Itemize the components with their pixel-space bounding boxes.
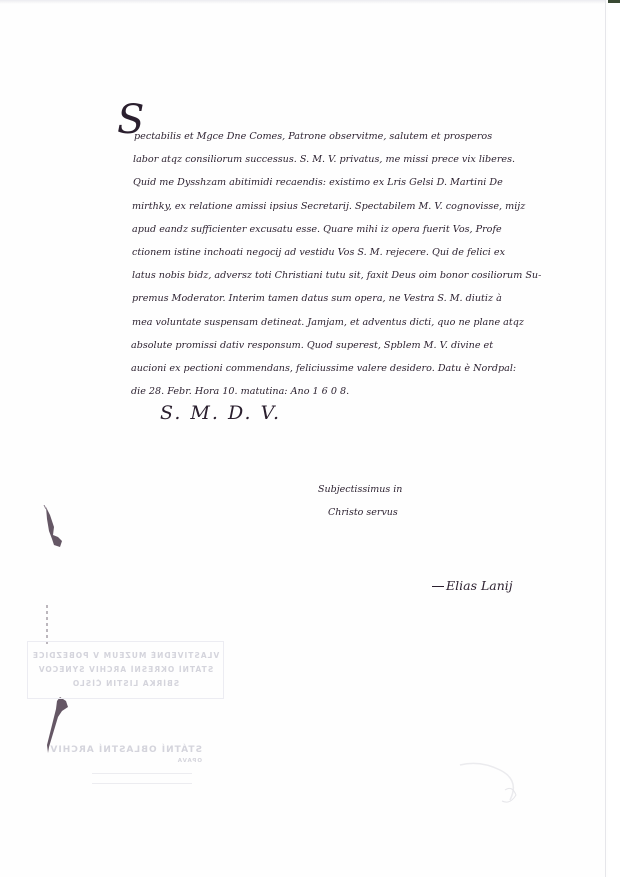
page-edge: [605, 0, 606, 877]
signature-name: Elias Lanij: [446, 578, 513, 593]
scan-corner-mark: [608, 0, 620, 3]
document-page: S pectabilis et Mgce Dne Comes, Patrone …: [0, 0, 608, 877]
letter-line: aucioni ex pectioni commendans, felicius…: [131, 357, 560, 380]
stamp-line: STÁTNÍ OBLASTNÍ ARCHIV: [52, 745, 202, 755]
stamp-rule: [92, 783, 192, 784]
valediction-line: Subjectissimus in: [318, 478, 402, 501]
stamp-line: STÁTNÍ OKRESNÍ ARCHIV SYNECOV: [28, 663, 223, 677]
stamp-line: VLASTIVEDNÉ MUZEUM V POBEZDICE: [28, 649, 223, 663]
letter-line: latus nobis bidz, adversz toti Christian…: [132, 264, 560, 287]
letter-body: pectabilis et Mgce Dne Comes, Patrone ob…: [140, 125, 560, 403]
valediction-line: Christo servus: [318, 501, 402, 524]
letter-line: Quid me Dysshzam abitimidi recaendis: ex…: [133, 171, 560, 194]
ink-blot-upper: [40, 505, 70, 550]
scan-top-shadow: [0, 0, 605, 4]
signature-flourish: [432, 586, 444, 587]
letter-line: labor atqz consiliorum successus. S. M. …: [133, 148, 560, 171]
letter-line: premus Moderator. Interim tamen datus su…: [132, 287, 560, 310]
faint-show-through-smudge: [450, 755, 550, 825]
binding-mark-dashes: [44, 605, 50, 645]
letter-line: pectabilis et Mgce Dne Comes, Patrone ob…: [134, 125, 560, 148]
letter-line: absolute promissi dativ responsum. Quod …: [131, 334, 560, 357]
letter-line: mea voluntate suspensam detineat. Jamjam…: [132, 311, 560, 334]
stamp-rule: [92, 773, 192, 774]
stamp-line: SBÍRKA LISTIN ČÍSLO: [28, 677, 223, 691]
letter-line-date: die 28. Febr. Hora 10. matutina: Ano 1 6…: [131, 380, 560, 403]
letter-line: mirthky, ex relatione amissi ipsius Secr…: [132, 195, 560, 218]
closing-abbreviation: S. M. D. V.: [160, 402, 281, 424]
archive-stamp-bleedthrough: VLASTIVEDNÉ MUZEUM V POBEZDICE STÁTNÍ OK…: [27, 641, 224, 699]
letter-line: ctionem istine inchoati negocij ad vesti…: [132, 241, 560, 264]
letter-line: apud eandz sufficienter excusatu esse. Q…: [132, 218, 560, 241]
stamp-line: OPAVA: [96, 758, 202, 764]
state-archive-stamp-bleedthrough: STÁTNÍ OBLASTNÍ ARCHIV OPAVA: [52, 745, 202, 784]
valediction: Subjectissimus in Christo servus: [318, 478, 402, 524]
signature: Elias Lanij: [432, 578, 513, 593]
